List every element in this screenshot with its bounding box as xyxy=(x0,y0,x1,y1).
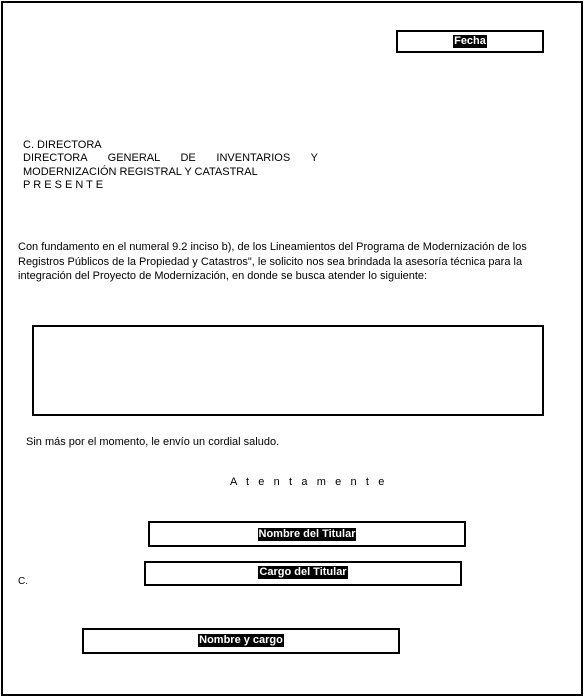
addressee-department: MODERNIZACIÓN REGISTRAL Y CATASTRAL xyxy=(23,166,318,179)
signer-position-field[interactable]: Cargo del Titular xyxy=(144,561,462,586)
addressee-title: C. DIRECTORA xyxy=(23,139,318,152)
addressee-position: DIRECTORA GENERAL DE INVENTARIOS Y xyxy=(23,152,318,165)
cc-label: C. xyxy=(18,575,28,588)
signer-name-field[interactable]: Nombre del Titular xyxy=(148,521,466,547)
cc-name-field[interactable]: Nombre y cargo xyxy=(82,628,400,654)
signoff-atentamente: A t e n t a m e n t e xyxy=(230,476,387,488)
body-paragraph: Con fundamento en el numeral 9.2 inciso … xyxy=(18,240,543,284)
cc-name-label: Nombre y cargo xyxy=(198,634,284,647)
addressee-presente: P R E S E N T E xyxy=(23,179,318,192)
date-field[interactable]: Fecha xyxy=(396,30,544,53)
closing-line: Sin más por el momento, le envío un cord… xyxy=(26,436,279,449)
addressee-block: C. DIRECTORA DIRECTORA GENERAL DE INVENT… xyxy=(23,139,318,192)
request-details-box[interactable] xyxy=(32,325,544,416)
date-field-label: Fecha xyxy=(453,35,487,48)
signer-name-label: Nombre del Titular xyxy=(258,528,357,541)
signer-position-label: Cargo del Titular xyxy=(258,566,347,579)
